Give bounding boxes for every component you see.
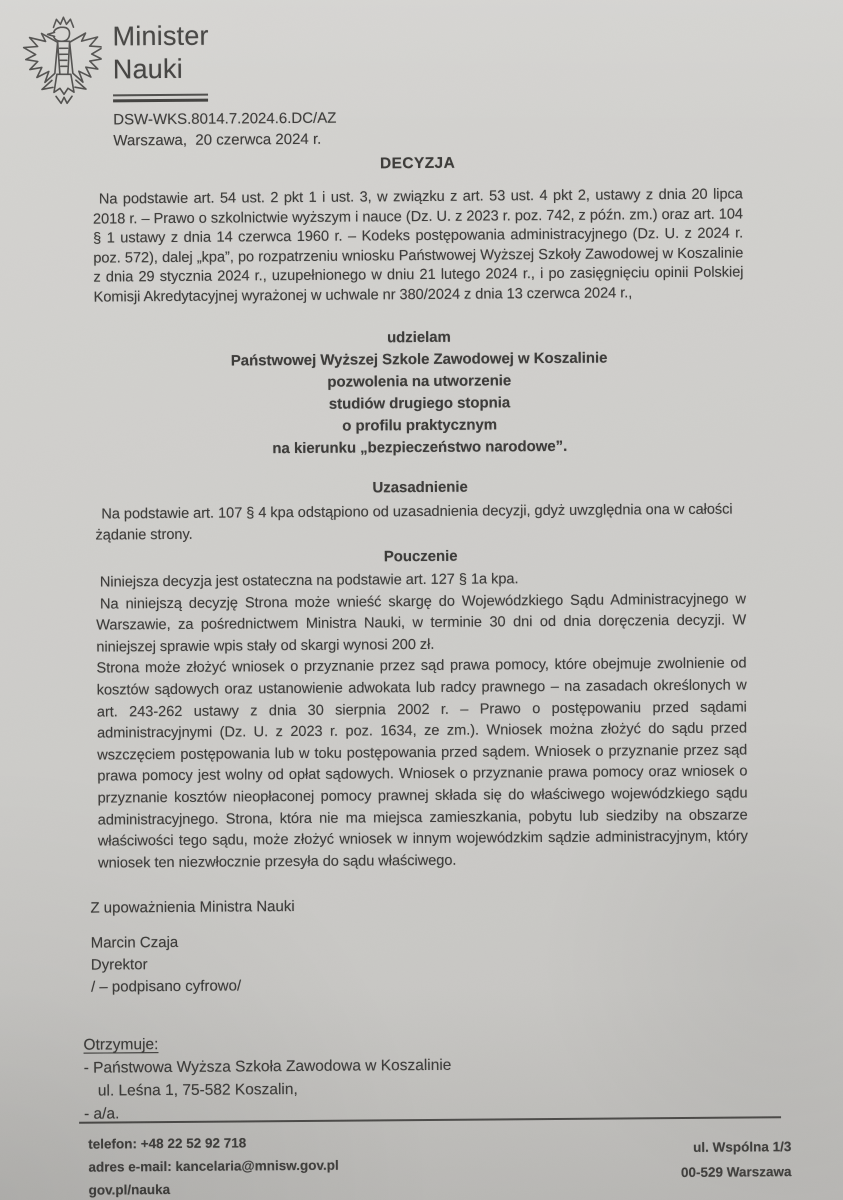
legal-basis-paragraph: Na podstawie art. 54 ust. 2 pkt 1 i ust.…: [93, 185, 744, 308]
footer-address-block: ul. Wspólna 1/3 00-529 Warszawa: [681, 1134, 792, 1185]
footer-street: ul. Wspólna 1/3: [681, 1134, 792, 1160]
footer-website: gov.pl/nauka: [89, 1177, 339, 1200]
document-title: DECYZJA: [93, 152, 743, 175]
section-heading-uzasadnienie: Uzasadnienie: [95, 476, 745, 498]
recipient-address-line: ul. Leśna 1, 75-582 Koszalin,: [84, 1077, 452, 1103]
recipients-heading: Otrzymuje:: [83, 1031, 451, 1057]
ministry-name-line2: Nauki: [113, 53, 209, 87]
ministry-name: Minister Nauki: [112, 20, 209, 87]
digital-signature-note: / – podpisano cyfrowo/: [91, 975, 241, 998]
footer-email: adres e-mail: kancelaria@mnisw.gov.pl: [88, 1154, 338, 1179]
ministry-name-line1: Minister: [112, 20, 208, 54]
signer-role: Dyrektor: [91, 953, 241, 976]
footer-contact-block: telefon: +48 22 52 92 718 adres e-mail: …: [88, 1131, 339, 1200]
scanned-document-page: { "colors": { "paper": "#cfcecb", "ink":…: [0, 0, 843, 1200]
header-double-rule: [113, 94, 208, 103]
signature-block: Marcin Czaja Dyrektor / – podpisano cyfr…: [91, 931, 242, 998]
footer-city: 00-529 Warszawa: [681, 1159, 792, 1185]
recipient-line: - Państwowa Wyższa Szkoła Zawodowa w Kos…: [84, 1054, 452, 1080]
pouczenie-section: Niniejsza decyzja jest ostateczna na pod…: [96, 567, 748, 874]
pouczenie-paragraph: Strona może złożyć wniosek o przyznanie …: [96, 654, 748, 875]
uzasadnienie-paragraph: Na podstawie art. 107 § 4 kpa odstąpiono…: [95, 499, 745, 546]
grant-line: na kierunku „bezpieczeństwo narodowe”.: [95, 434, 745, 461]
reference-number: DSW-WKS.8014.7.2024.6.DC/AZ: [113, 110, 336, 129]
authorization-line: Z upoważnienia Ministra Nauki: [90, 898, 294, 917]
polish-eagle-emblem-icon: [21, 15, 102, 111]
signer-name: Marcin Czaja: [91, 931, 241, 954]
decision-grant-block: udzielam Państwowej Wyższej Szkole Zawod…: [94, 324, 745, 461]
pouczenie-paragraph: Na niniejszą decyzję Strona może wnieść …: [96, 589, 746, 659]
document-content: Minister Nauki DSW-WKS.8014.7.2024.6.DC/…: [0, 0, 843, 1200]
place-and-date: Warszawa, 20 czerwca 2024 r.: [113, 131, 321, 150]
section-heading-pouczenie: Pouczenie: [96, 545, 746, 567]
recipients-block: Otrzymuje: - Państwowa Wyższa Szkoła Zaw…: [83, 1031, 451, 1126]
footer-phone: telefon: +48 22 52 92 718: [88, 1131, 338, 1156]
